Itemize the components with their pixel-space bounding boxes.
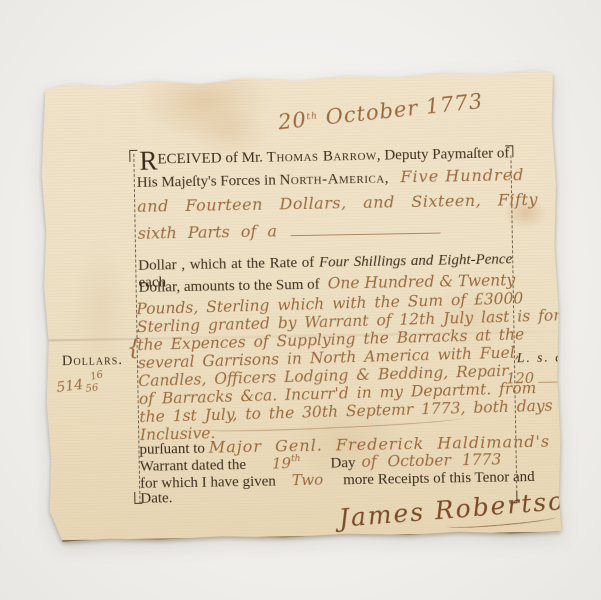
handwritten-amount-words-2: and Fourteen Dollars, and Sixteen, Fifty	[137, 190, 538, 216]
rate-italic-text: Four Shillings and Eight-Pence	[319, 251, 512, 270]
tenor-text: more Receipts of this Tenor and	[343, 469, 535, 489]
ink-fill-line	[291, 233, 441, 237]
deputy-paymaster-text: , Deputy Paymaſter of	[377, 145, 510, 163]
day-ordinal-suffix: th	[291, 454, 301, 464]
payee-name: Thomas Barrow	[267, 148, 377, 166]
pounds-value: 120	[506, 371, 534, 387]
bottom-line-date-word: Date.	[140, 490, 172, 508]
parts-of-a-text: sixth Parts of a	[138, 221, 278, 242]
handwritten-count: Two	[292, 471, 324, 490]
handwritten-amount-words-3: sixth Parts of a	[138, 219, 442, 243]
received-text: ECEIVED	[157, 150, 221, 167]
printed-line-forces: His Majeſty's Forces in North-America, F…	[137, 165, 525, 192]
photo-background: 20th October 1773 R ECEIVED of Mr. Thoma…	[0, 0, 601, 600]
of-mr-text: of Mr.	[221, 150, 266, 167]
ink-brace: {	[126, 336, 140, 361]
currency-amount: 120	[506, 370, 568, 387]
forces-text: His Majeſty's Forces in North-America,	[137, 170, 389, 191]
document-paper: 20th October 1773 R ECEIVED of Mr. Thoma…	[39, 69, 563, 544]
handwritten-date: 20th October 1773	[277, 89, 484, 134]
corner-bracket-top-left	[129, 150, 137, 162]
date-day: 20	[277, 107, 308, 134]
handwritten-day: 19th	[272, 454, 301, 472]
currency-heading: L. s. d.	[517, 349, 570, 366]
dollars-value: 514	[56, 377, 84, 396]
dollars-label: Dollars.	[62, 352, 123, 370]
north-america-text: North-America	[279, 171, 384, 189]
dollars-amount: 5141656	[55, 371, 100, 398]
dollars-fraction: 1656	[85, 371, 100, 394]
comma: ,	[385, 170, 389, 186]
paper-sheet: 20th October 1773 R ECEIVED of Mr. Thoma…	[39, 69, 563, 544]
rate-text-1: Dollar , which at the Rate of	[138, 255, 319, 274]
handwritten-amount-words-1: Five Hundred	[400, 165, 524, 186]
date-month-year: October 1773	[317, 89, 484, 130]
amounts-to-text: Dollar, amounts to the Sum of	[139, 277, 320, 297]
ink-flourish	[538, 381, 568, 383]
